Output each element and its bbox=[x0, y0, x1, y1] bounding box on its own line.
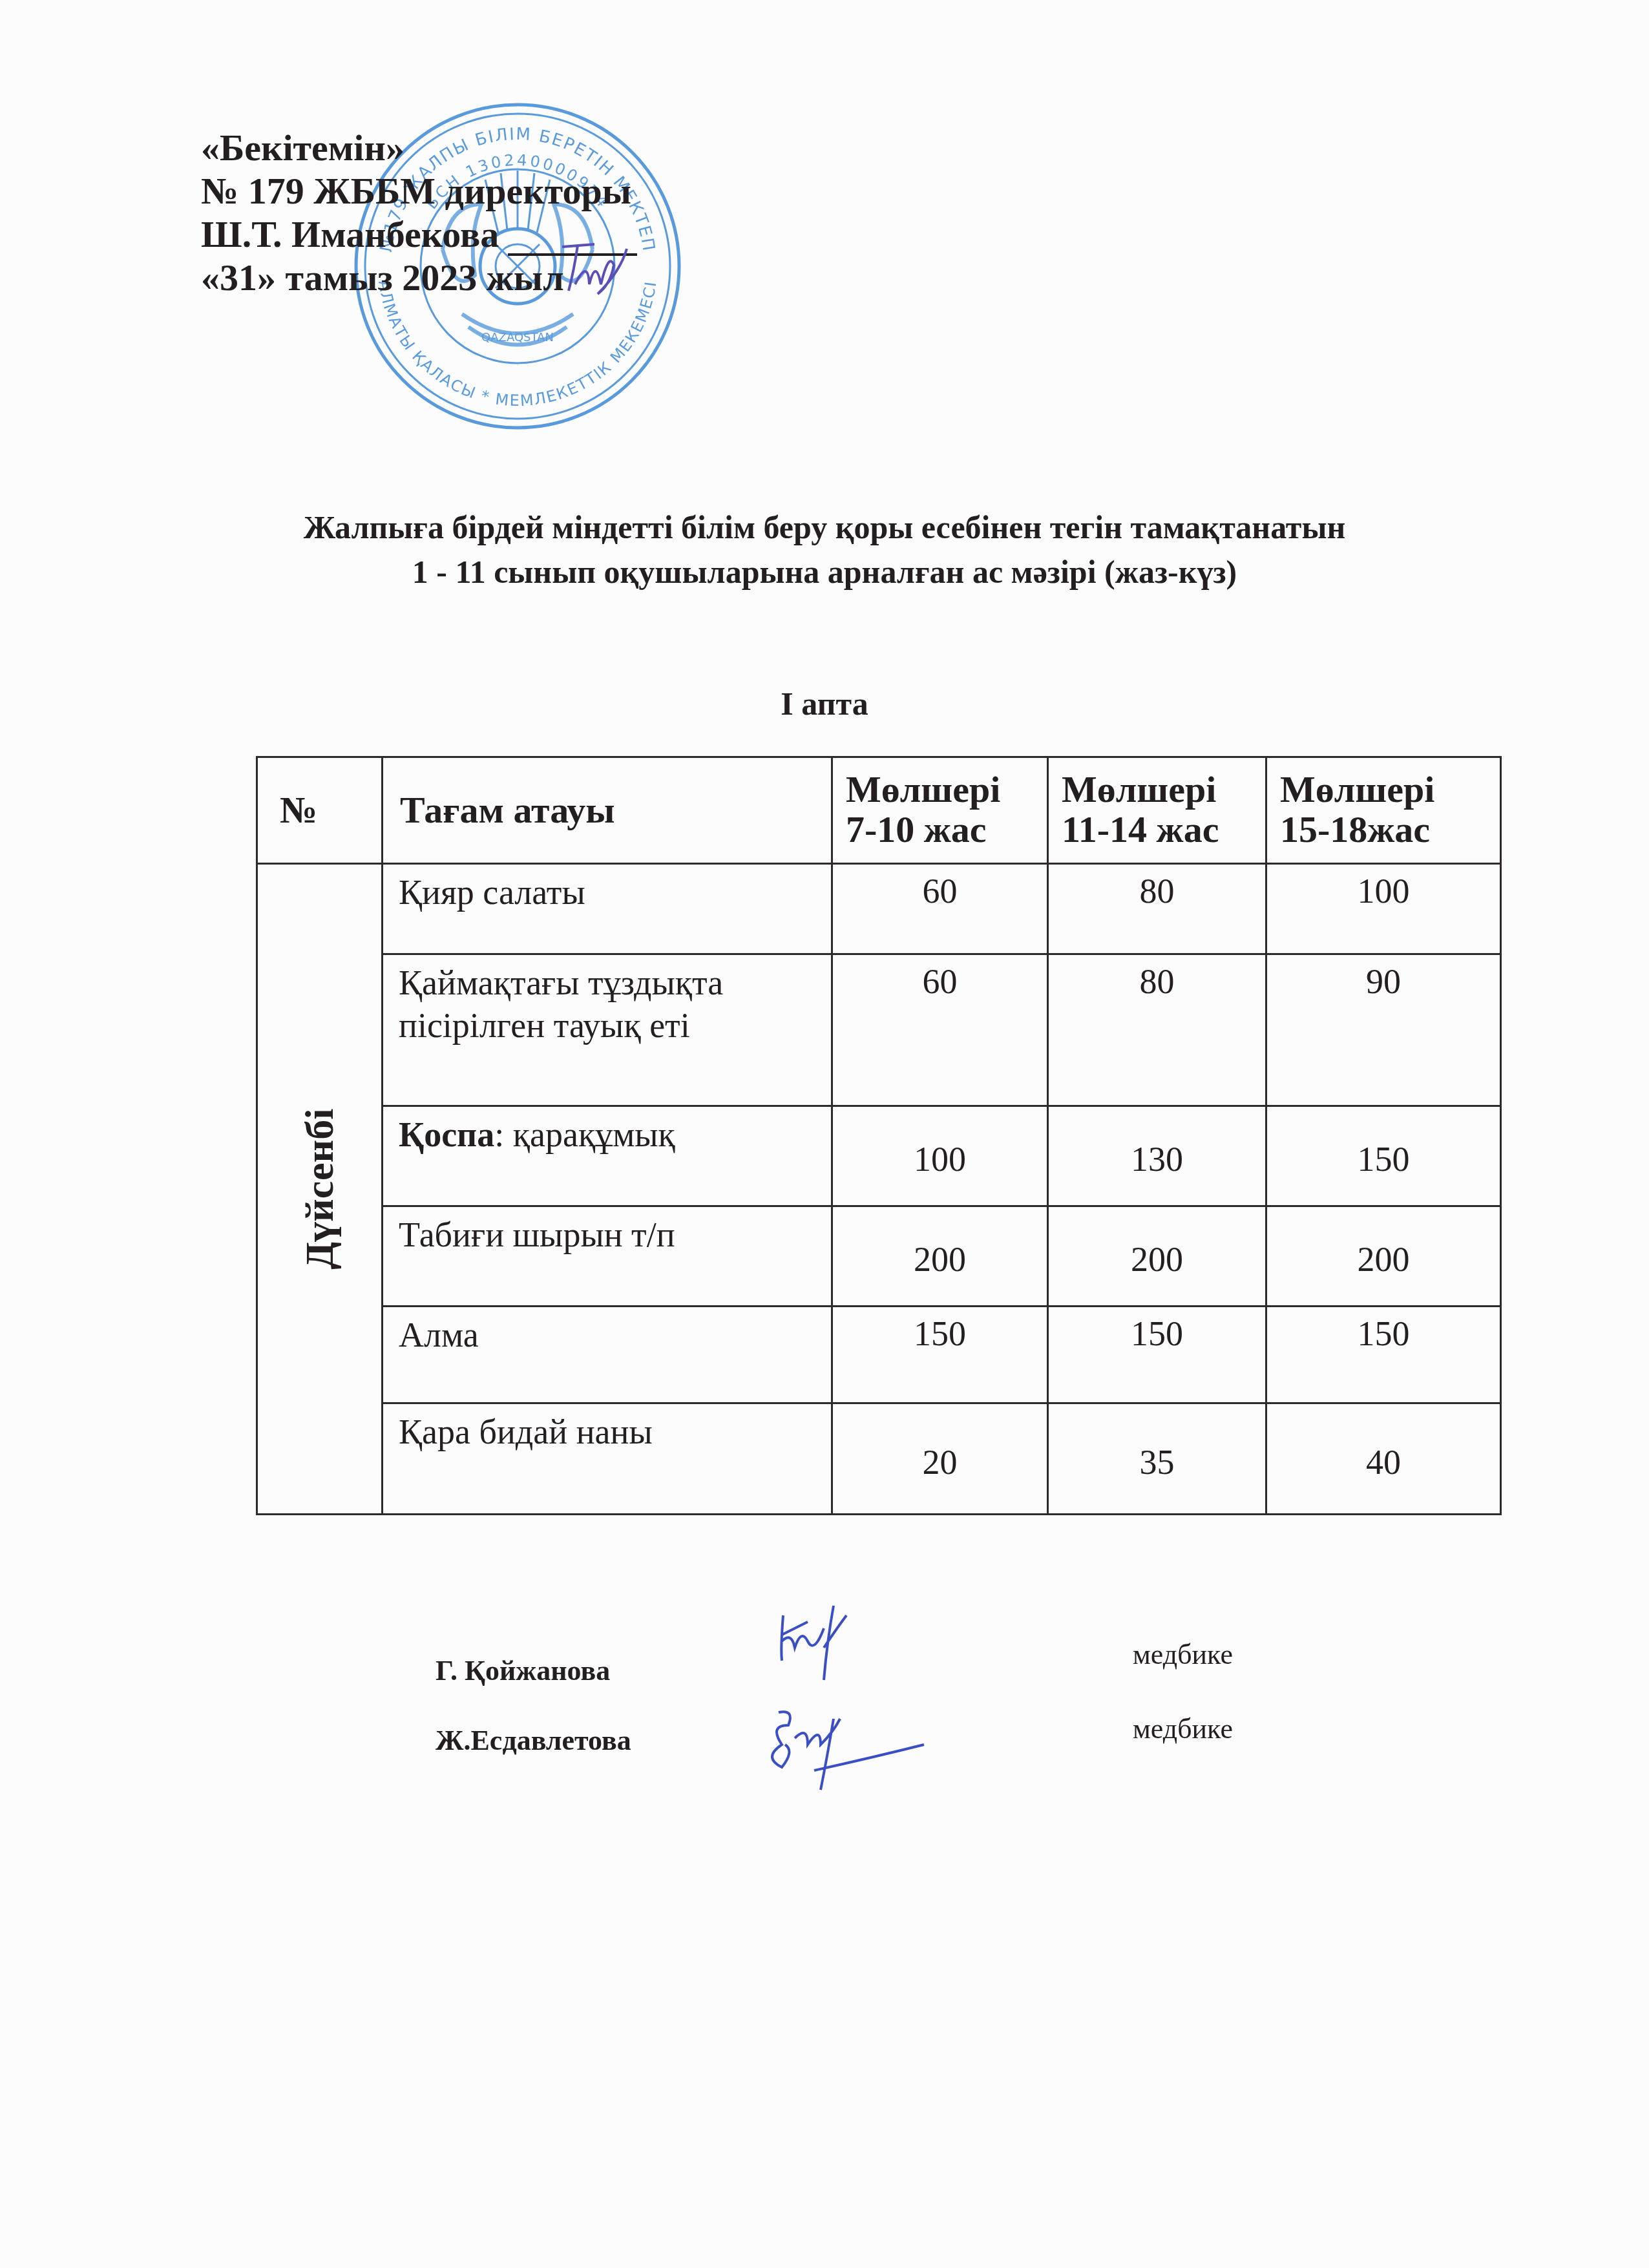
signature-2-icon bbox=[756, 1706, 950, 1796]
header-dish-name: Тағам атауы bbox=[383, 757, 832, 864]
signature-1-icon bbox=[769, 1602, 937, 1686]
qty-15-18: 150 bbox=[1266, 1106, 1501, 1206]
week-label: І апта bbox=[0, 682, 1649, 726]
qty-7-10: 60 bbox=[832, 864, 1048, 954]
qty-11-14: 80 bbox=[1048, 954, 1266, 1106]
qty-7-10: 150 bbox=[832, 1307, 1048, 1403]
dish-name: Қаймақтағы тұздықта пісірілген тауық еті bbox=[383, 954, 832, 1106]
header-number: № bbox=[257, 757, 383, 864]
director-signature-icon bbox=[549, 239, 640, 304]
qty-11-14: 150 bbox=[1048, 1307, 1266, 1403]
qty-15-18: 40 bbox=[1266, 1403, 1501, 1515]
dish-name: Қияр салаты bbox=[383, 864, 832, 954]
dish-name: Алма bbox=[383, 1307, 832, 1403]
signer-role-2: медбике bbox=[1133, 1712, 1233, 1745]
document-title-line2: 1 - 11 сынып оқушыларына арналған ас мәз… bbox=[0, 550, 1649, 594]
signer-name-2: Ж.Есдавлетова bbox=[436, 1724, 631, 1757]
qty-11-14: 35 bbox=[1048, 1403, 1266, 1515]
header-qty-11-14: Мөлшері11-14 жас bbox=[1048, 757, 1266, 864]
dish-name: Қара бидай наны bbox=[383, 1403, 832, 1515]
table-row: Табиғи шырын т/п 200 200 200 bbox=[257, 1206, 1501, 1307]
menu-table: № Тағам атауы Мөлшері7-10 жас Мөлшері11-… bbox=[256, 756, 1502, 1515]
table-row: Дүйсенбі Қияр салаты 60 80 100 bbox=[257, 864, 1501, 954]
qty-7-10: 100 bbox=[832, 1106, 1048, 1206]
qty-15-18: 100 bbox=[1266, 864, 1501, 954]
dish-name: Табиғи шырын т/п bbox=[383, 1206, 832, 1307]
qty-11-14: 80 bbox=[1048, 864, 1266, 954]
qty-15-18: 90 bbox=[1266, 954, 1501, 1106]
table-header-row: № Тағам атауы Мөлшері7-10 жас Мөлшері11-… bbox=[257, 757, 1501, 864]
table-row: Қаймақтағы тұздықта пісірілген тауық еті… bbox=[257, 954, 1501, 1106]
approval-school: № 179 ЖББМ директоры bbox=[201, 169, 637, 213]
qty-7-10: 20 bbox=[832, 1403, 1048, 1515]
qty-15-18: 150 bbox=[1266, 1307, 1501, 1403]
header-qty-7-10: Мөлшері7-10 жас bbox=[832, 757, 1048, 864]
qty-15-18: 200 bbox=[1266, 1206, 1501, 1307]
table-row: Қара бидай наны 20 35 40 bbox=[257, 1403, 1501, 1515]
day-label: Дүйсенбі bbox=[297, 1108, 342, 1269]
table-row: Қоспа: қарақұмық 100 130 150 bbox=[257, 1106, 1501, 1206]
day-cell: Дүйсенбі bbox=[257, 864, 383, 1515]
signer-role-1: медбике bbox=[1133, 1638, 1233, 1671]
qty-11-14: 130 bbox=[1048, 1106, 1266, 1206]
dish-name: Қоспа: қарақұмық bbox=[383, 1106, 832, 1206]
director-name: Ш.Т. Иманбекова bbox=[201, 213, 499, 255]
qty-7-10: 200 bbox=[832, 1206, 1048, 1307]
approval-label: «Бекітемін» bbox=[201, 126, 637, 169]
header-qty-15-18: Мөлшері15-18жас bbox=[1266, 757, 1501, 864]
table-row: Алма 150 150 150 bbox=[257, 1307, 1501, 1403]
qty-7-10: 60 bbox=[832, 954, 1048, 1106]
signer-name-1: Г. Қойжанова bbox=[436, 1654, 610, 1687]
svg-text:QAZAQSTAN: QAZAQSTAN bbox=[481, 331, 554, 344]
document-title-line1: Жалпыға бірдей міндетті білім беру қоры … bbox=[0, 505, 1649, 549]
qty-11-14: 200 bbox=[1048, 1206, 1266, 1307]
